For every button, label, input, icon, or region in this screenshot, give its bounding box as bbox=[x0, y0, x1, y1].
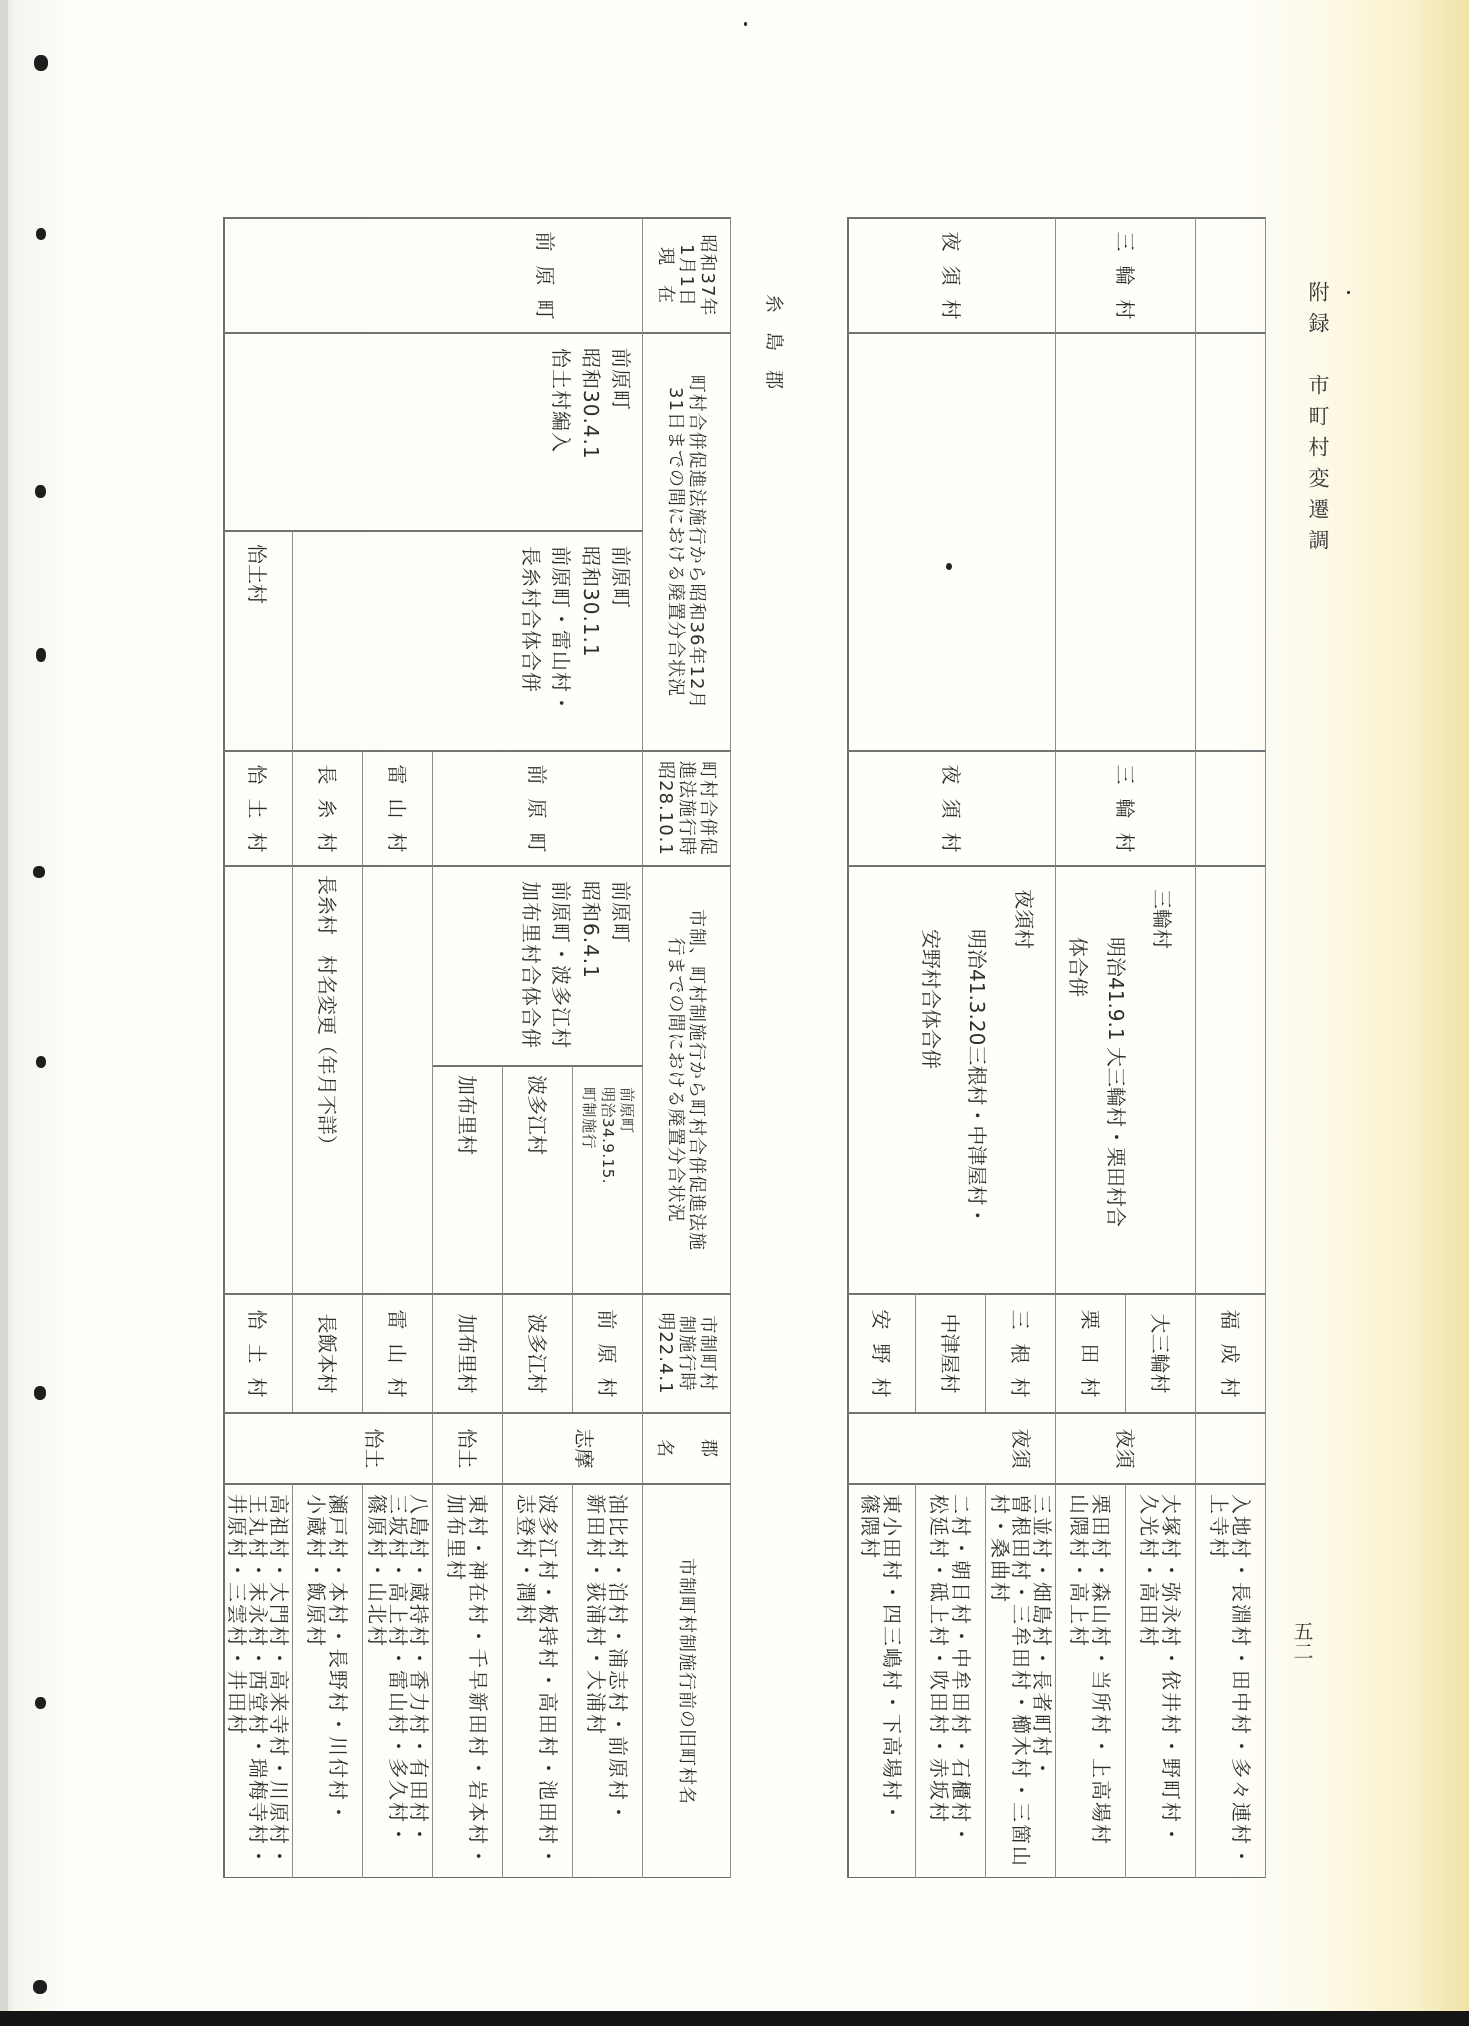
cell-s28-miwa: 三輪村 bbox=[1056, 750, 1196, 865]
m22-village-name: 波多江村 bbox=[527, 1314, 549, 1394]
cell-s28-blank bbox=[1196, 750, 1266, 865]
section-title-block: 糸 島 郡 bbox=[761, 294, 787, 406]
cell-current-yasu: 夜須村 bbox=[847, 217, 1056, 332]
cell-m22-village: 安野村 bbox=[847, 1293, 916, 1412]
old-village-list: 東村・神在村・千早新田村・岩本村・ 加布里村 bbox=[446, 1494, 490, 1868]
current-village-name: 夜須村 bbox=[940, 232, 962, 334]
village-name: 怡土村 bbox=[247, 544, 269, 604]
change-title: 夜須村 bbox=[1013, 889, 1035, 949]
cell-old-villages: 栗田村・森山村・当所村・上高場村 山隈村・高上村 bbox=[1056, 1483, 1126, 1878]
itoshima-table: 昭和37年 1月1日 現 在 町村合併促進法施行から昭和36年12月 31日まで… bbox=[223, 217, 731, 1878]
print-speck bbox=[744, 22, 747, 26]
binding-hole-mark bbox=[36, 228, 46, 240]
cell-old-villages: 八島村・蔵持村・香力村・有田村・ 三坂村・高上村・雷山村・多久村・ 篠原村・山北… bbox=[363, 1483, 433, 1878]
cell-old-villages: 大塚村・弥永村・依井村・野町村・ 久光村・高田村 bbox=[1126, 1483, 1196, 1878]
m22-village-name: 大三輪村 bbox=[1150, 1314, 1172, 1394]
old-village-list: 高祖村・大門村・高来寺村・川原村・ 王丸村・末永村・西堂村・瑞梅寺村・ 井原村・… bbox=[226, 1494, 289, 1868]
print-speck bbox=[1347, 291, 1350, 294]
cell-old-villages: 東村・神在村・千早新田村・岩本村・ 加布里村 bbox=[433, 1483, 503, 1878]
cell-m22-changes-nagaito: 長糸村 村名変更（年月不詳） bbox=[293, 865, 363, 1293]
cell-m22-changes-later: 前原町 昭和6.4.1 前原町・波多江村 加布里村合体合併 bbox=[433, 865, 643, 1065]
cell-changes-blank bbox=[1056, 332, 1196, 750]
header-label: 郡 名 bbox=[643, 1439, 731, 1458]
village-name: 波多江村 bbox=[527, 1075, 549, 1155]
header-changes-m22-s28: 市制、町村制施行から町村合併促進法施 行までの間における廃置分合状況 bbox=[643, 865, 731, 1293]
rename-record: 長糸村 村名変更（年月不詳） bbox=[317, 875, 339, 1155]
cell-m22-village: 中津屋村 bbox=[916, 1293, 986, 1412]
merger-record: 前原町 昭和6.4.1 前原町・波多江村 加布里村合体合併 bbox=[516, 881, 636, 1049]
binding-hole-mark bbox=[35, 1697, 46, 1709]
merger-record: 前原町 昭和30.1.1 前原町・雷山村・ 長糸村合体合併 bbox=[516, 546, 636, 714]
header-label: 市制町村 制施行時 明22.4.1 bbox=[655, 1312, 718, 1394]
cell-s28-yasu: 夜須村 bbox=[847, 750, 1056, 865]
gun-name: 志摩 bbox=[574, 1429, 596, 1469]
header-at-municipal-system: 市制町村 制施行時 明22.4.1 bbox=[643, 1293, 731, 1412]
cell-m22-changes-yasu: 夜須村 明治41.3.20三根村・中津屋村・ 安野村合体合併 bbox=[847, 865, 1056, 1293]
cell-gun-blank bbox=[1196, 1412, 1266, 1483]
binding-hole-mark bbox=[34, 1386, 46, 1400]
header-label: 昭和37年 1月1日 現 在 bbox=[655, 235, 718, 317]
cell-old-villages: 三並村・畑島村・長者町村・ 曽根田村・三牟田村・櫛木村・三箇山 村・桑曲村 bbox=[986, 1483, 1056, 1878]
cell-changes-blank bbox=[1196, 332, 1266, 750]
s28-name: 雷山村 bbox=[387, 765, 409, 867]
cell-gun-ito: 怡土 bbox=[433, 1412, 503, 1483]
m22-village-name: 長飯本村 bbox=[317, 1314, 339, 1394]
m22-village-name: 怡土村 bbox=[247, 1310, 269, 1412]
cell-old-villages: 東小田村・四三嶋村・下高場村・ 篠隈村 bbox=[847, 1483, 916, 1878]
cell-gun-shima: 志摩 bbox=[503, 1412, 643, 1483]
cell-changes-earlier-unchanged: 怡土村 bbox=[223, 530, 293, 750]
cell-m22-village: 三根村 bbox=[986, 1293, 1056, 1412]
gun-name: 怡土 bbox=[457, 1429, 479, 1469]
cell-gun: 夜須 bbox=[847, 1412, 1056, 1483]
page-edge-shadow bbox=[0, 0, 8, 2026]
cell-m22-village: 怡土村 bbox=[223, 1293, 293, 1412]
cell-old-villages: 波多江村・板持村・高田村・池田村・ 志登村・潤村 bbox=[503, 1483, 573, 1878]
cell-m22-changes-kafuri: 加布里村 bbox=[433, 1065, 503, 1293]
header-at-merger-law: 町村合併促 進法施行時 昭28.10.1 bbox=[643, 750, 731, 865]
old-village-list: 油比村・泊村・浦志村・前原村・ 新田村・荻浦村・大浦村 bbox=[586, 1494, 630, 1824]
page-number: 五二 bbox=[1290, 1621, 1314, 1661]
old-village-list: 八島村・蔵持村・香力村・有田村・ 三坂村・高上村・雷山村・多久村・ 篠原村・山北… bbox=[366, 1494, 429, 1846]
cell-m22-changes-blank bbox=[363, 865, 433, 1293]
cell-changes-later: 前原町 昭和30.4.1 怡土村編入 bbox=[223, 332, 643, 530]
old-village-list: 瀬戸村・本村・長野村・川付村・ 小蔵村・飯原村 bbox=[306, 1494, 350, 1824]
yasu-table-continued: 三輪村 夜須村 三輪村 夜須村 三輪村 明治41.9.1 大三輪村・栗田村合 体… bbox=[847, 217, 1266, 1878]
cell-old-villages: 油比村・泊村・浦志村・前原村・ 新田村・荻浦村・大浦村 bbox=[573, 1483, 643, 1878]
cell-s28-ito: 怡土村 bbox=[223, 750, 293, 865]
change-title: 三輪村 bbox=[1151, 889, 1173, 949]
s28-name: 怡土村 bbox=[247, 765, 269, 867]
old-village-list: 二村・朝日村・中牟田村・石櫃村・ 松延村・砥上村・吹田村・赤坂村 bbox=[929, 1494, 973, 1846]
m22-village-name: 安野村 bbox=[870, 1310, 892, 1412]
cell-changes-earlier: 前原町 昭和30.1.1 前原町・雷山村・ 長糸村合体合併 bbox=[293, 530, 643, 750]
cell-m22-village: 福成村 bbox=[1196, 1293, 1266, 1412]
header-label: 町村合併促 進法施行時 昭28.10.1 bbox=[655, 761, 718, 856]
old-village-list: 三並村・畑島村・長者町村・ 曽根田村・三牟田村・櫛木村・三箇山 村・桑曲村 bbox=[989, 1494, 1052, 1868]
running-head: 附録 市町村変遷調 bbox=[1305, 281, 1331, 560]
change-detail: 明治41.3.20三根村・中津屋村・ 安野村合体合併 bbox=[908, 929, 1000, 1225]
header-label: 市制、町村制施行から町村合併促進法施 行までの間における廃置分合状況 bbox=[666, 909, 708, 1251]
binding-hole-mark bbox=[36, 1056, 46, 1068]
cell-m22-village: 波多江村 bbox=[503, 1293, 573, 1412]
m22-village-name: 前原村 bbox=[597, 1310, 619, 1412]
cell-old-villages: 二村・朝日村・中牟田村・石櫃村・ 松延村・砥上村・吹田村・赤坂村 bbox=[916, 1483, 986, 1878]
merger-record: 前原町 昭和30.4.1 怡土村編入 bbox=[546, 348, 636, 460]
m22-village-name: 三根村 bbox=[1010, 1310, 1032, 1412]
village-name: 加布里村 bbox=[457, 1075, 479, 1155]
header-current-s37: 昭和37年 1月1日 現 在 bbox=[643, 217, 731, 332]
s28-village-name: 三輪村 bbox=[1115, 765, 1137, 867]
cell-m22-village: 加布里村 bbox=[433, 1293, 503, 1412]
cell-s28-maebaru: 前原町 bbox=[433, 750, 643, 865]
section-title: 糸 島 郡 bbox=[763, 294, 785, 389]
old-village-list: 大塚村・弥永村・依井村・野町村・ 久光村・高田村 bbox=[1139, 1494, 1183, 1846]
old-village-list: 入地村・長淵村・田中村・多々連村・ 上寺村 bbox=[1209, 1494, 1253, 1868]
cell-gun-ito: 怡土 bbox=[223, 1412, 433, 1483]
cell-m22-village: 雷山村 bbox=[363, 1293, 433, 1412]
cell-current-maebaru: 前原町 bbox=[223, 217, 643, 332]
m22-village-name: 福成村 bbox=[1220, 1310, 1242, 1412]
header-label: 市制町村制施行前の旧町村名 bbox=[676, 1558, 697, 1805]
cell-current-miwa: 三輪村 bbox=[1056, 217, 1196, 332]
change-detail: 明治41.9.1 大三輪村・栗田村合 体合併 bbox=[1059, 937, 1135, 1227]
cell-old-villages: 瀬戸村・本村・長野村・川付村・ 小蔵村・飯原村 bbox=[293, 1483, 363, 1878]
current-town-name: 前原町 bbox=[534, 232, 556, 334]
gun-name: 怡土 bbox=[363, 1429, 385, 1469]
cell-s28-nagaito: 長糸村 bbox=[293, 750, 363, 865]
cell-changes-blank bbox=[847, 332, 1056, 750]
header-gun: 郡 名 bbox=[643, 1412, 731, 1483]
s28-name: 前原町 bbox=[527, 765, 549, 867]
header-label: 町村合併促進法施行から昭和36年12月 31日までの間における廃置分合状況 bbox=[666, 375, 708, 710]
binding-hole-mark bbox=[35, 485, 46, 498]
header-old-villages: 市制町村制施行前の旧町村名 bbox=[643, 1483, 731, 1878]
cell-m22-changes-maebaru: 前原町 明治34.9.15. 町制施行 bbox=[573, 1065, 643, 1293]
cell-current-blank bbox=[1196, 217, 1266, 332]
old-village-list: 東小田村・四三嶋村・下高場村・ 篠隈村 bbox=[859, 1494, 903, 1824]
s28-name: 長糸村 bbox=[317, 765, 339, 867]
cell-old-villages: 高祖村・大門村・高来寺村・川原村・ 王丸村・末永村・西堂村・瑞梅寺村・ 井原村・… bbox=[223, 1483, 293, 1878]
cell-m22-changes-blank bbox=[223, 865, 293, 1293]
old-village-list: 波多江村・板持村・高田村・池田村・ 志登村・潤村 bbox=[516, 1494, 560, 1868]
cell-m22-village: 大三輪村 bbox=[1126, 1293, 1196, 1412]
cell-gun: 夜須 bbox=[1056, 1412, 1196, 1483]
m22-village-name: 栗田村 bbox=[1080, 1310, 1102, 1412]
scan-bottom-edge bbox=[0, 2011, 1469, 2026]
print-speck bbox=[946, 563, 952, 570]
cell-m22-village: 長飯本村 bbox=[293, 1293, 363, 1412]
cell-old-villages: 入地村・長淵村・田中村・多々連村・ 上寺村 bbox=[1196, 1483, 1266, 1878]
header-changes-s28-s36: 町村合併促進法施行から昭和36年12月 31日までの間における廃置分合状況 bbox=[643, 332, 731, 750]
cell-m22-village: 栗田村 bbox=[1056, 1293, 1126, 1412]
binding-hole-mark bbox=[36, 648, 46, 662]
gun-name: 夜須 bbox=[1115, 1429, 1137, 1469]
cell-m22-changes-hatae: 波多江村 bbox=[503, 1065, 573, 1293]
m22-village-name: 加布里村 bbox=[457, 1314, 479, 1394]
m22-village-name: 中津屋村 bbox=[940, 1314, 962, 1394]
cell-s28-raizan: 雷山村 bbox=[363, 750, 433, 865]
gun-name: 夜須 bbox=[1010, 1429, 1032, 1469]
cell-m22-changes-miwa: 三輪村 明治41.9.1 大三輪村・栗田村合 体合併 bbox=[1056, 865, 1196, 1293]
cell-m22-village: 前原村 bbox=[573, 1293, 643, 1412]
binding-hole-mark bbox=[33, 866, 45, 878]
town-status-record: 前原町 明治34.9.15. 町制施行 bbox=[579, 1087, 636, 1184]
m22-village-name: 雷山村 bbox=[387, 1310, 409, 1412]
s28-village-name: 夜須村 bbox=[940, 765, 962, 867]
binding-hole-mark bbox=[34, 55, 48, 71]
cell-m22-changes-blank bbox=[1196, 865, 1266, 1293]
binding-hole-mark bbox=[33, 1980, 47, 1994]
old-village-list: 栗田村・森山村・当所村・上高場村 山隈村・高上村 bbox=[1069, 1494, 1113, 1846]
current-village-name: 三輪村 bbox=[1115, 232, 1137, 334]
